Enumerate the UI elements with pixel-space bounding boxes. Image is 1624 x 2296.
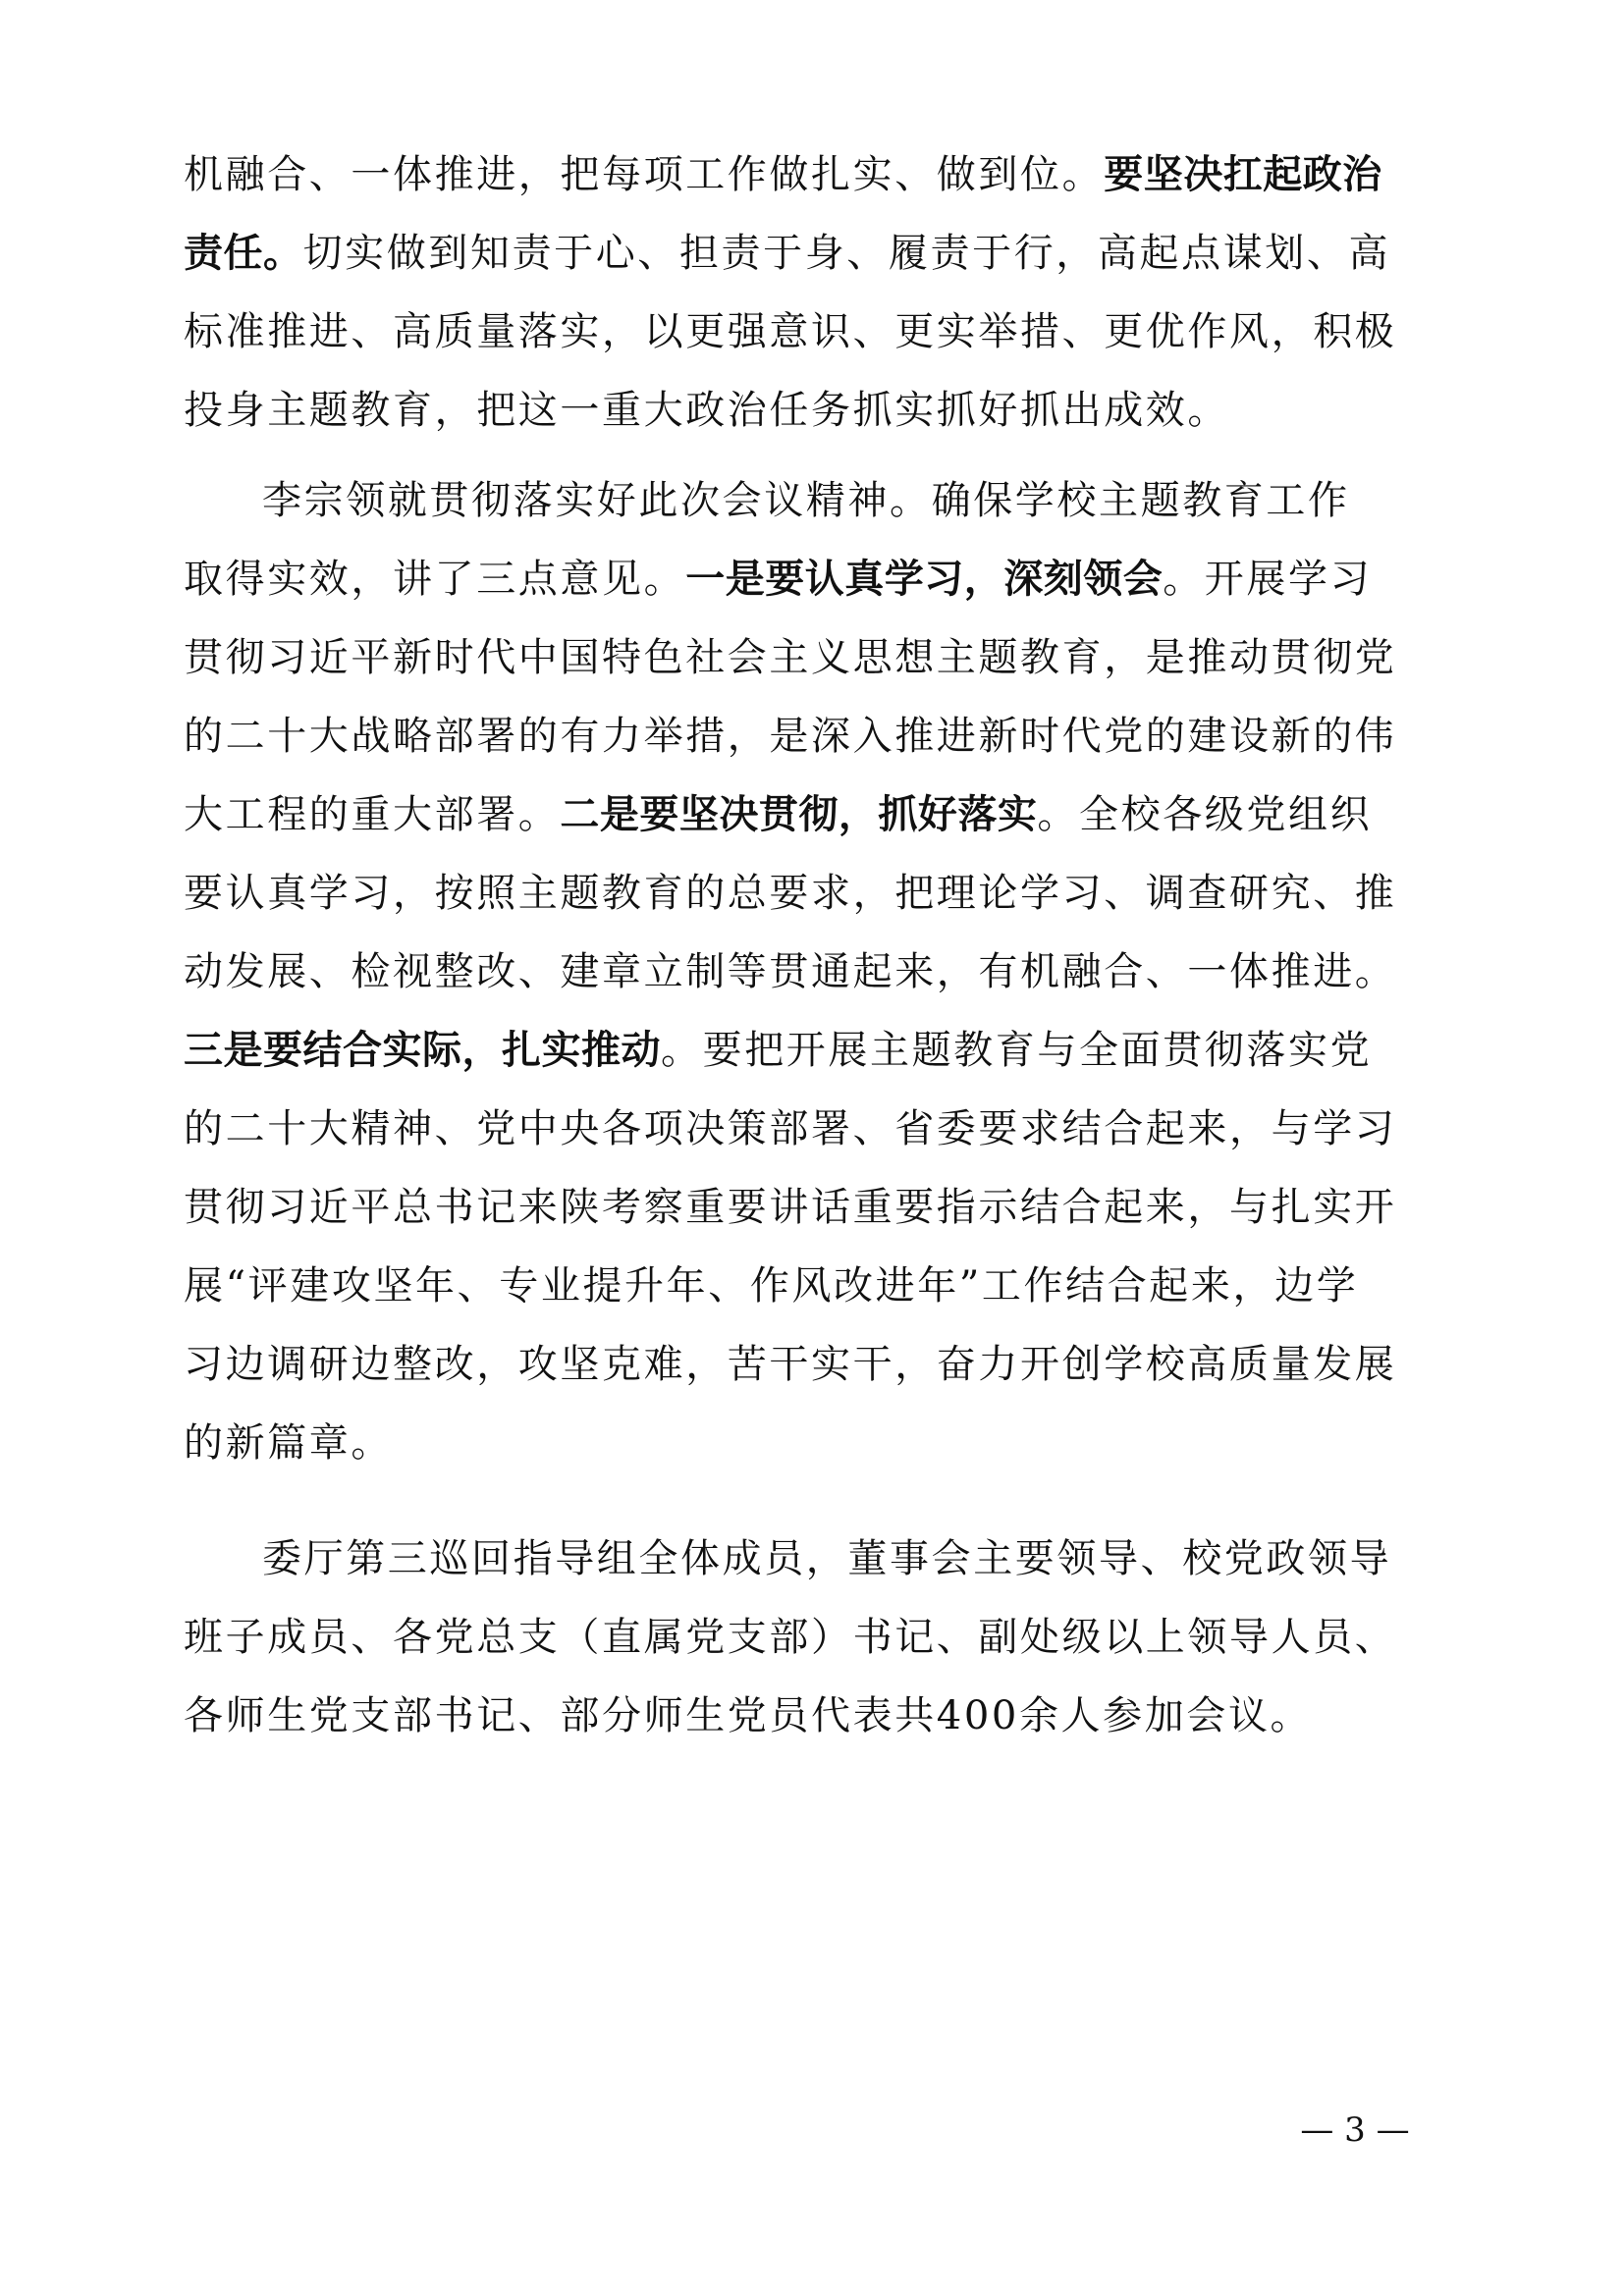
- paragraph-2-line-7: 动发展、检视整改、建章立制等贯通起来，有机融合、一体推进。: [184, 933, 1450, 1011]
- paragraph-1-line-3: 标准推进、高质量落实，以更强意识、更实举措、更优作风，积极: [184, 293, 1450, 371]
- paragraph-2-line-11: 展“评建攻坚年、专业提升年、作风改进年”工作结合起来，边学: [184, 1247, 1450, 1325]
- text-run: 标准推进、高质量落实，以更强意识、更实举措、更优作风，积极: [184, 309, 1396, 354]
- paragraph-3-line-1: 委厅第三巡回指导组全体成员，董事会主要领导、校党政领导: [262, 1520, 1529, 1598]
- text-run: 。全校各级党组织: [1037, 792, 1372, 837]
- text-run: 大工程的重大部署。: [184, 792, 560, 837]
- text-run: 展“评建攻坚年、专业提升年、作风改进年”工作结合起来，边学: [184, 1263, 1358, 1308]
- paragraph-1-line-4: 投身主题教育，把这一重大政治任务抓实抓好抓出成效。: [184, 371, 1450, 450]
- text-run: 动发展、检视整改、建章立制等贯通起来，有机融合、一体推进。: [184, 949, 1396, 994]
- text-run: 班子成员、各党总支（直属党支部）书记、副处级以上领导人员、: [184, 1615, 1396, 1660]
- paragraph-2-line-1: 李宗领就贯彻落实好此次会议精神。确保学校主题教育工作: [262, 461, 1529, 540]
- bold-emphasis: 一是要认真学习，深刻领会: [685, 557, 1163, 602]
- paragraph-3-line-2: 班子成员、各党总支（直属党支部）书记、副处级以上领导人员、: [184, 1598, 1450, 1677]
- paragraph-1-line-2: 责任。切实做到知责于心、担责于身、履责于行，高起点谋划、高: [184, 214, 1450, 293]
- paragraph-2-line-9: 的二十大精神、党中央各项决策部署、省委要求结合起来，与学习: [184, 1090, 1450, 1168]
- text-run: 的二十大战略部署的有力举措，是深入推进新时代党的建设新的伟: [184, 714, 1396, 759]
- page-number: — 3 —: [1276, 2110, 1434, 2150]
- text-run: 贯彻习近平新时代中国特色社会主义思想主题教育，是推动贯彻党: [184, 635, 1396, 680]
- paragraph-1-line-1: 机融合、一体推进，把每项工作做扎实、做到位。要坚决扛起政治: [184, 135, 1450, 214]
- bold-emphasis: 二是要坚决贯彻，抓好落实: [560, 792, 1037, 837]
- paragraph-2-line-8: 三是要结合实际，扎实推动。要把开展主题教育与全面贯彻落实党: [184, 1011, 1450, 1090]
- text-run: 各师生党支部书记、部分师生党员代表共400余人参加会议。: [184, 1693, 1312, 1738]
- bold-emphasis: 三是要结合实际，扎实推动: [184, 1028, 661, 1073]
- text-run: 要认真学习，按照主题教育的总要求，把理论学习、调查研究、推: [184, 871, 1396, 916]
- text-run: 。开展学习: [1163, 557, 1372, 602]
- text-run: 。要把开展主题教育与全面贯彻落实党: [661, 1028, 1372, 1073]
- paragraph-2-line-13: 的新篇章。: [184, 1404, 1450, 1482]
- text-run: 切实做到知责于心、担责于身、履责于行，高起点谋划、高: [303, 231, 1391, 276]
- text-run: 的二十大精神、党中央各项决策部署、省委要求结合起来，与学习: [184, 1106, 1396, 1151]
- paragraph-2-line-4: 的二十大战略部署的有力举措，是深入推进新时代党的建设新的伟: [184, 697, 1450, 775]
- paragraph-2-line-5: 大工程的重大部署。二是要坚决贯彻，抓好落实。全校各级党组织: [184, 775, 1450, 854]
- text-run: 委厅第三巡回指导组全体成员，董事会主要领导、校党政领导: [262, 1536, 1391, 1581]
- text-run: 李宗领就贯彻落实好此次会议精神。确保学校主题教育工作: [262, 478, 1350, 523]
- document-page: 机融合、一体推进，把每项工作做扎实、做到位。要坚决扛起政治 责任。切实做到知责于…: [0, 0, 1624, 2296]
- text-run: 机融合、一体推进，把每项工作做扎实、做到位。: [184, 152, 1104, 197]
- paragraph-2-line-12: 习边调研边整改，攻坚克难，苦干实干，奋力开创学校高质量发展: [184, 1325, 1450, 1404]
- text-run: 的新篇章。: [184, 1420, 393, 1466]
- bold-emphasis: 要坚决扛起政治: [1104, 152, 1382, 197]
- text-run: 贯彻习近平总书记来陕考察重要讲话重要指示结合起来，与扎实开: [184, 1185, 1396, 1230]
- text-run: 取得实效，讲了三点意见。: [184, 557, 685, 602]
- bold-emphasis: 责任。: [184, 231, 303, 276]
- text-run: 投身主题教育，把这一重大政治任务抓实抓好抓出成效。: [184, 388, 1229, 433]
- text-run: 习边调研边整改，攻坚克难，苦干实干，奋力开创学校高质量发展: [184, 1342, 1396, 1387]
- paragraph-2-line-6: 要认真学习，按照主题教育的总要求，把理论学习、调查研究、推: [184, 854, 1450, 933]
- paragraph-2-line-10: 贯彻习近平总书记来陕考察重要讲话重要指示结合起来，与扎实开: [184, 1168, 1450, 1247]
- paragraph-2-line-3: 贯彻习近平新时代中国特色社会主义思想主题教育，是推动贯彻党: [184, 618, 1450, 697]
- paragraph-2-line-2: 取得实效，讲了三点意见。一是要认真学习，深刻领会。开展学习: [184, 540, 1450, 618]
- paragraph-3-line-3: 各师生党支部书记、部分师生党员代表共400余人参加会议。: [184, 1677, 1450, 1755]
